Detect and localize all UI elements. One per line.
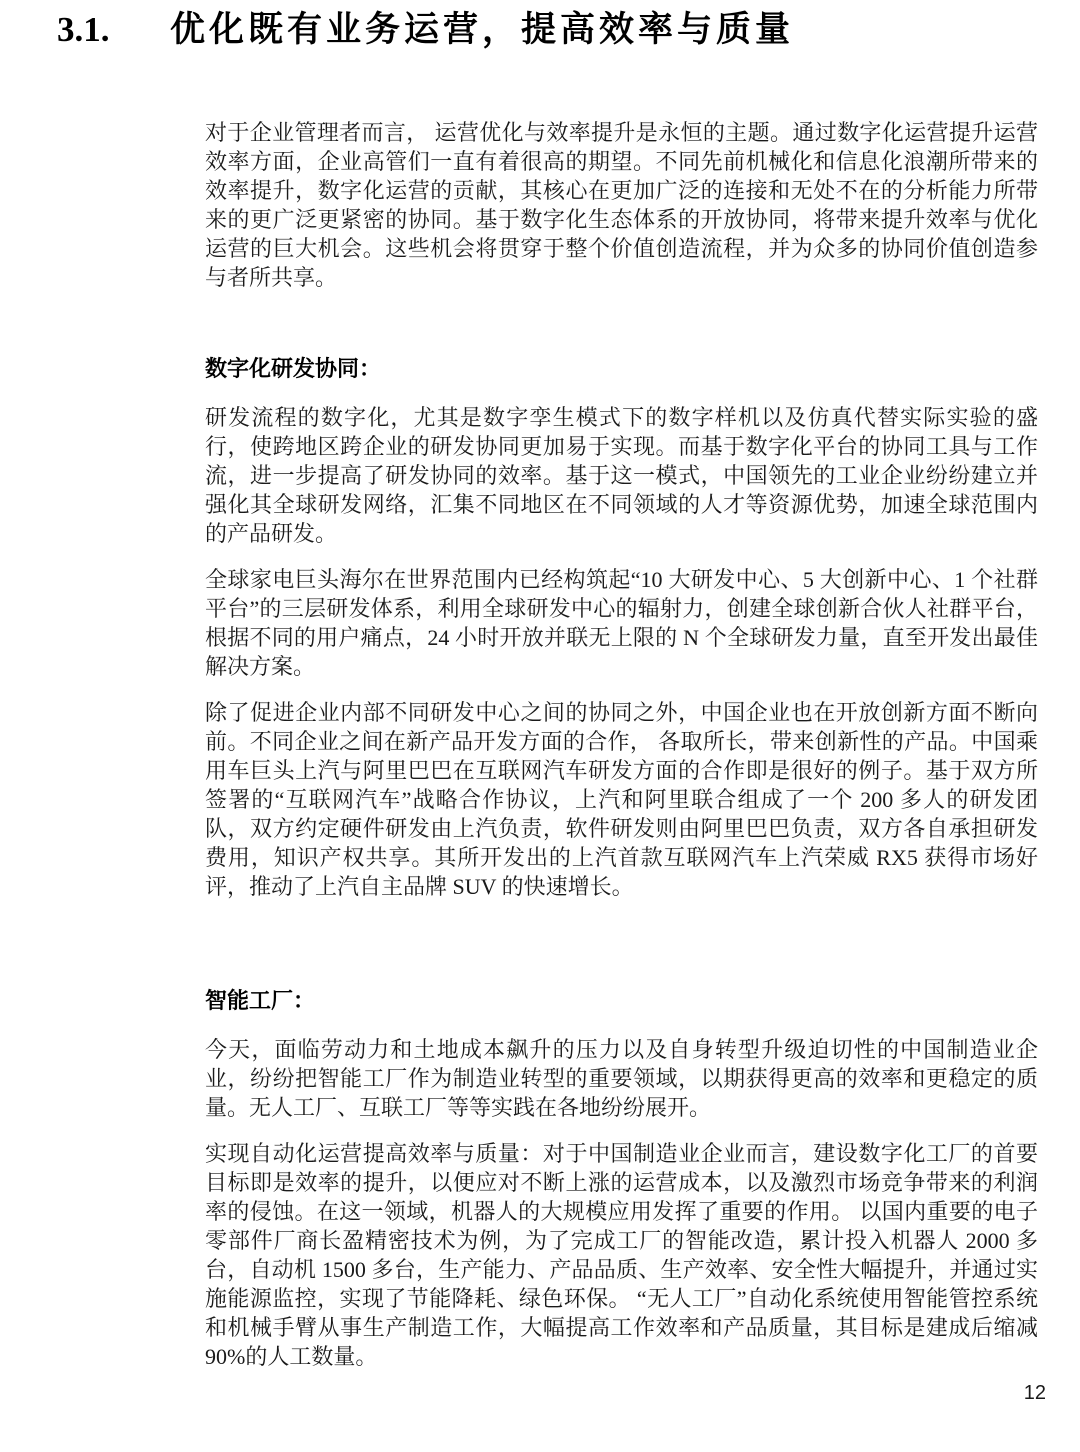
section-number: 3.1.	[57, 8, 170, 52]
subheading-smart-factory: 智能工厂：	[205, 986, 1038, 1015]
section-title: 优化既有业务运营，提高效率与质量	[170, 8, 794, 52]
document-page: 3.1. 优化既有业务运营，提高效率与质量 对于企业管理者而言， 运营优化与效率…	[0, 0, 1080, 1452]
body-column: 对于企业管理者而言， 运营优化与效率提升是永恒的主题。通过数字化运营提升运营效率…	[205, 118, 1038, 1388]
paragraph-operations-intro: 对于企业管理者而言， 运营优化与效率提升是永恒的主题。通过数字化运营提升运营效率…	[205, 118, 1038, 292]
paragraph-saic-alibaba-cooperation: 除了促进企业内部不同研发中心之间的协同之外，中国企业也在开放创新方面不断向前。不…	[205, 698, 1038, 901]
paragraph-haier-rd-network: 全球家电巨头海尔在世界范围内已经构筑起“10 大研发中心、5 大创新中心、1 个…	[205, 565, 1038, 681]
page-number: 12	[1024, 1382, 1046, 1405]
paragraph-rd-digitalization: 研发流程的数字化，尤其是数字孪生模式下的数字样机以及仿真代替实际实验的盛行，使跨…	[205, 403, 1038, 548]
paragraph-automation-efficiency: 实现自动化运营提高效率与质量：对于中国制造业企业而言，建设数字化工厂的首要目标即…	[205, 1139, 1038, 1371]
paragraph-smart-factory-intro: 今天，面临劳动力和土地成本飙升的压力以及自身转型升级迫切性的中国制造业企业，纷纷…	[205, 1035, 1038, 1122]
subheading-digital-rd-collaboration: 数字化研发协同：	[205, 354, 1038, 383]
section-heading: 3.1. 优化既有业务运营，提高效率与质量	[57, 8, 794, 52]
